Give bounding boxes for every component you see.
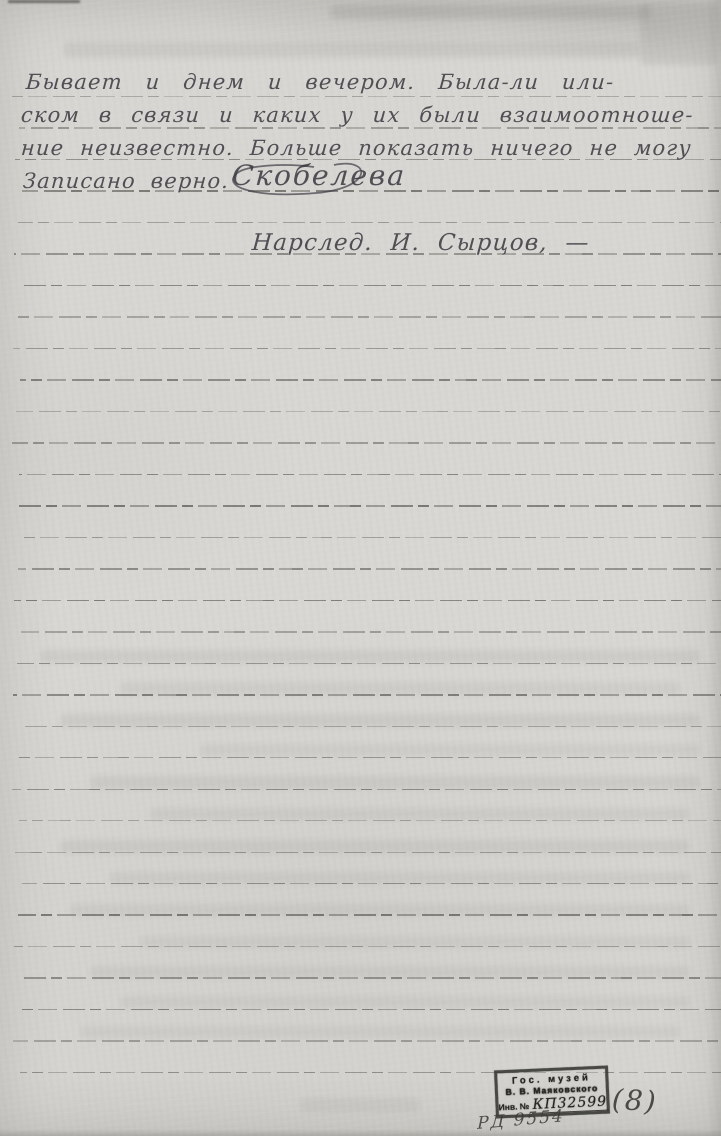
ruled-line	[17, 1009, 721, 1010]
ruled-line	[21, 977, 721, 978]
handwritten-attestation: Записано верно.	[22, 169, 230, 193]
handwritten-shelfmark: РД 9554	[477, 1106, 565, 1134]
ruled-line	[21, 631, 721, 632]
ruled-line	[13, 694, 721, 695]
ruled-line	[13, 348, 721, 349]
ruled-line	[20, 1072, 721, 1073]
bleedthrough-smudge	[640, 3, 718, 65]
bleedthrough-smudge	[120, 996, 690, 1008]
ruled-line	[12, 96, 721, 97]
ruled-line	[22, 537, 721, 538]
bleedthrough-smudge	[40, 650, 700, 663]
ruled-line	[22, 883, 721, 884]
ruled-line	[20, 379, 721, 380]
ruled-line	[15, 505, 721, 506]
ruled-line	[17, 316, 721, 317]
ruled-line	[12, 442, 721, 443]
bottom-edge-shading	[0, 1129, 721, 1136]
bleedthrough-smudge	[200, 744, 700, 756]
ruled-line	[16, 411, 721, 412]
bleedthrough-smudge	[64, 42, 639, 58]
witness-signature: Скобелева	[231, 159, 407, 192]
top-edge-smudge	[8, 0, 80, 3]
ruled-line	[17, 663, 721, 664]
ruled-line	[15, 852, 721, 853]
ruled-line	[18, 222, 721, 223]
bleedthrough-smudge	[150, 808, 690, 820]
handwritten-page-number: (8)	[611, 1083, 658, 1118]
ruled-line	[19, 820, 721, 821]
ruled-line	[18, 568, 721, 569]
ruled-line	[14, 946, 721, 947]
ruled-line	[21, 285, 721, 286]
scanned-document-page: Бывает и днем и вечером. Была-ли или- ск…	[0, 0, 721, 1136]
handwritten-line-1: Бывает и днем и вечером. Была-ли или-	[25, 70, 615, 94]
bleedthrough-smudge	[80, 1026, 680, 1038]
handwritten-line-2: ском в связи и каких у их были взаимоотн…	[20, 103, 694, 127]
bleedthrough-smudge	[300, 1098, 420, 1112]
handwritten-line-3: ние неизвестно. Больше показать ничего н…	[20, 136, 692, 160]
ruled-line	[19, 474, 721, 475]
bleedthrough-smudge	[120, 682, 680, 695]
bleedthrough-smudge	[330, 5, 650, 19]
ruled-line	[19, 127, 721, 128]
bleedthrough-smudge	[90, 776, 700, 789]
ruled-line	[12, 789, 721, 790]
ruled-line	[14, 600, 721, 601]
ruled-line	[16, 757, 721, 758]
ruled-line	[18, 914, 721, 915]
bleedthrough-smudge	[90, 966, 690, 978]
interrogator-signature: Нарслед. И. Сырцов, —	[251, 230, 590, 256]
ruled-line	[13, 1040, 721, 1041]
ruled-line	[20, 726, 721, 727]
